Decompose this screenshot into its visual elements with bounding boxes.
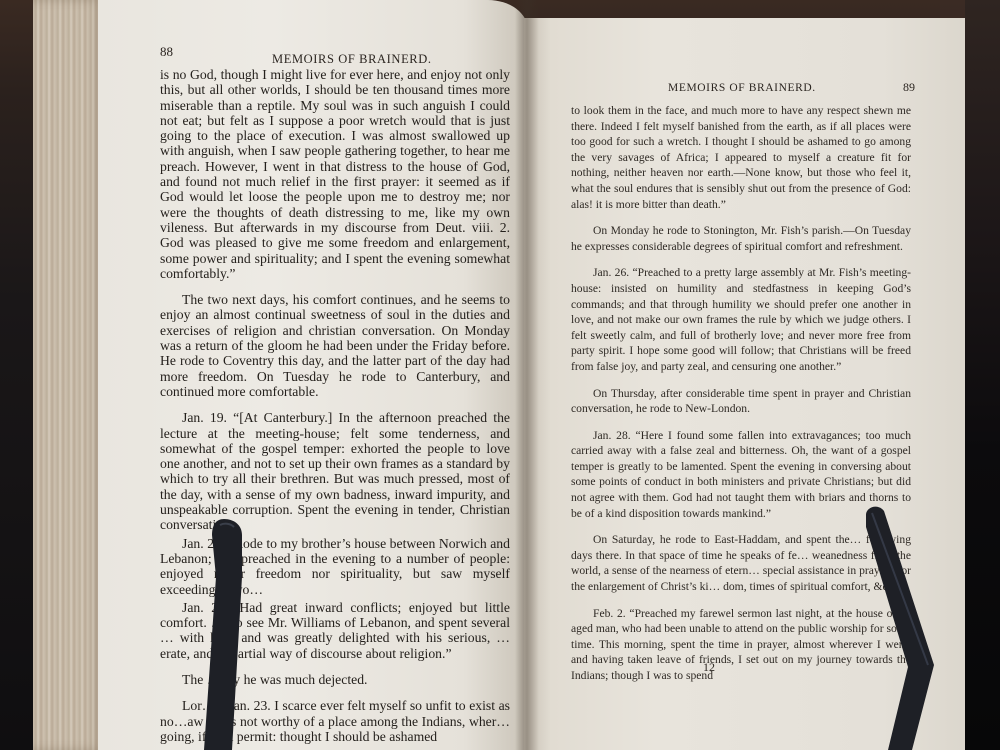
paragraph: to look them in the face, and much more … (571, 103, 911, 212)
background-edge (965, 0, 1000, 750)
paragraph: Jan. 26. “Preached to a pretty large ass… (571, 265, 911, 374)
book-gutter (515, 0, 539, 750)
left-running-head: MEMOIRS OF BRAINERD. (272, 52, 432, 67)
paragraph: Jan. 19. “[At Canterbury.] In the aftern… (160, 410, 510, 532)
right-running-head: MEMOIRS OF BRAINERD. (668, 82, 816, 94)
book-stand-right-arm (858, 505, 958, 750)
paragraph: The two next days, his comfort continues… (160, 292, 510, 399)
paragraph: On Thursday, after considerable time spe… (571, 386, 911, 417)
left-page-number: 88 (160, 44, 173, 60)
right-page-number: 89 (903, 80, 915, 95)
page-edges-left (33, 0, 103, 750)
book-stand-left-arm (202, 517, 248, 750)
paragraph: is no God, though I might live for ever … (160, 67, 510, 281)
signature-mark: 12 (703, 660, 715, 675)
paragraph: On Monday he rode to Stonington, Mr. Fis… (571, 223, 911, 254)
